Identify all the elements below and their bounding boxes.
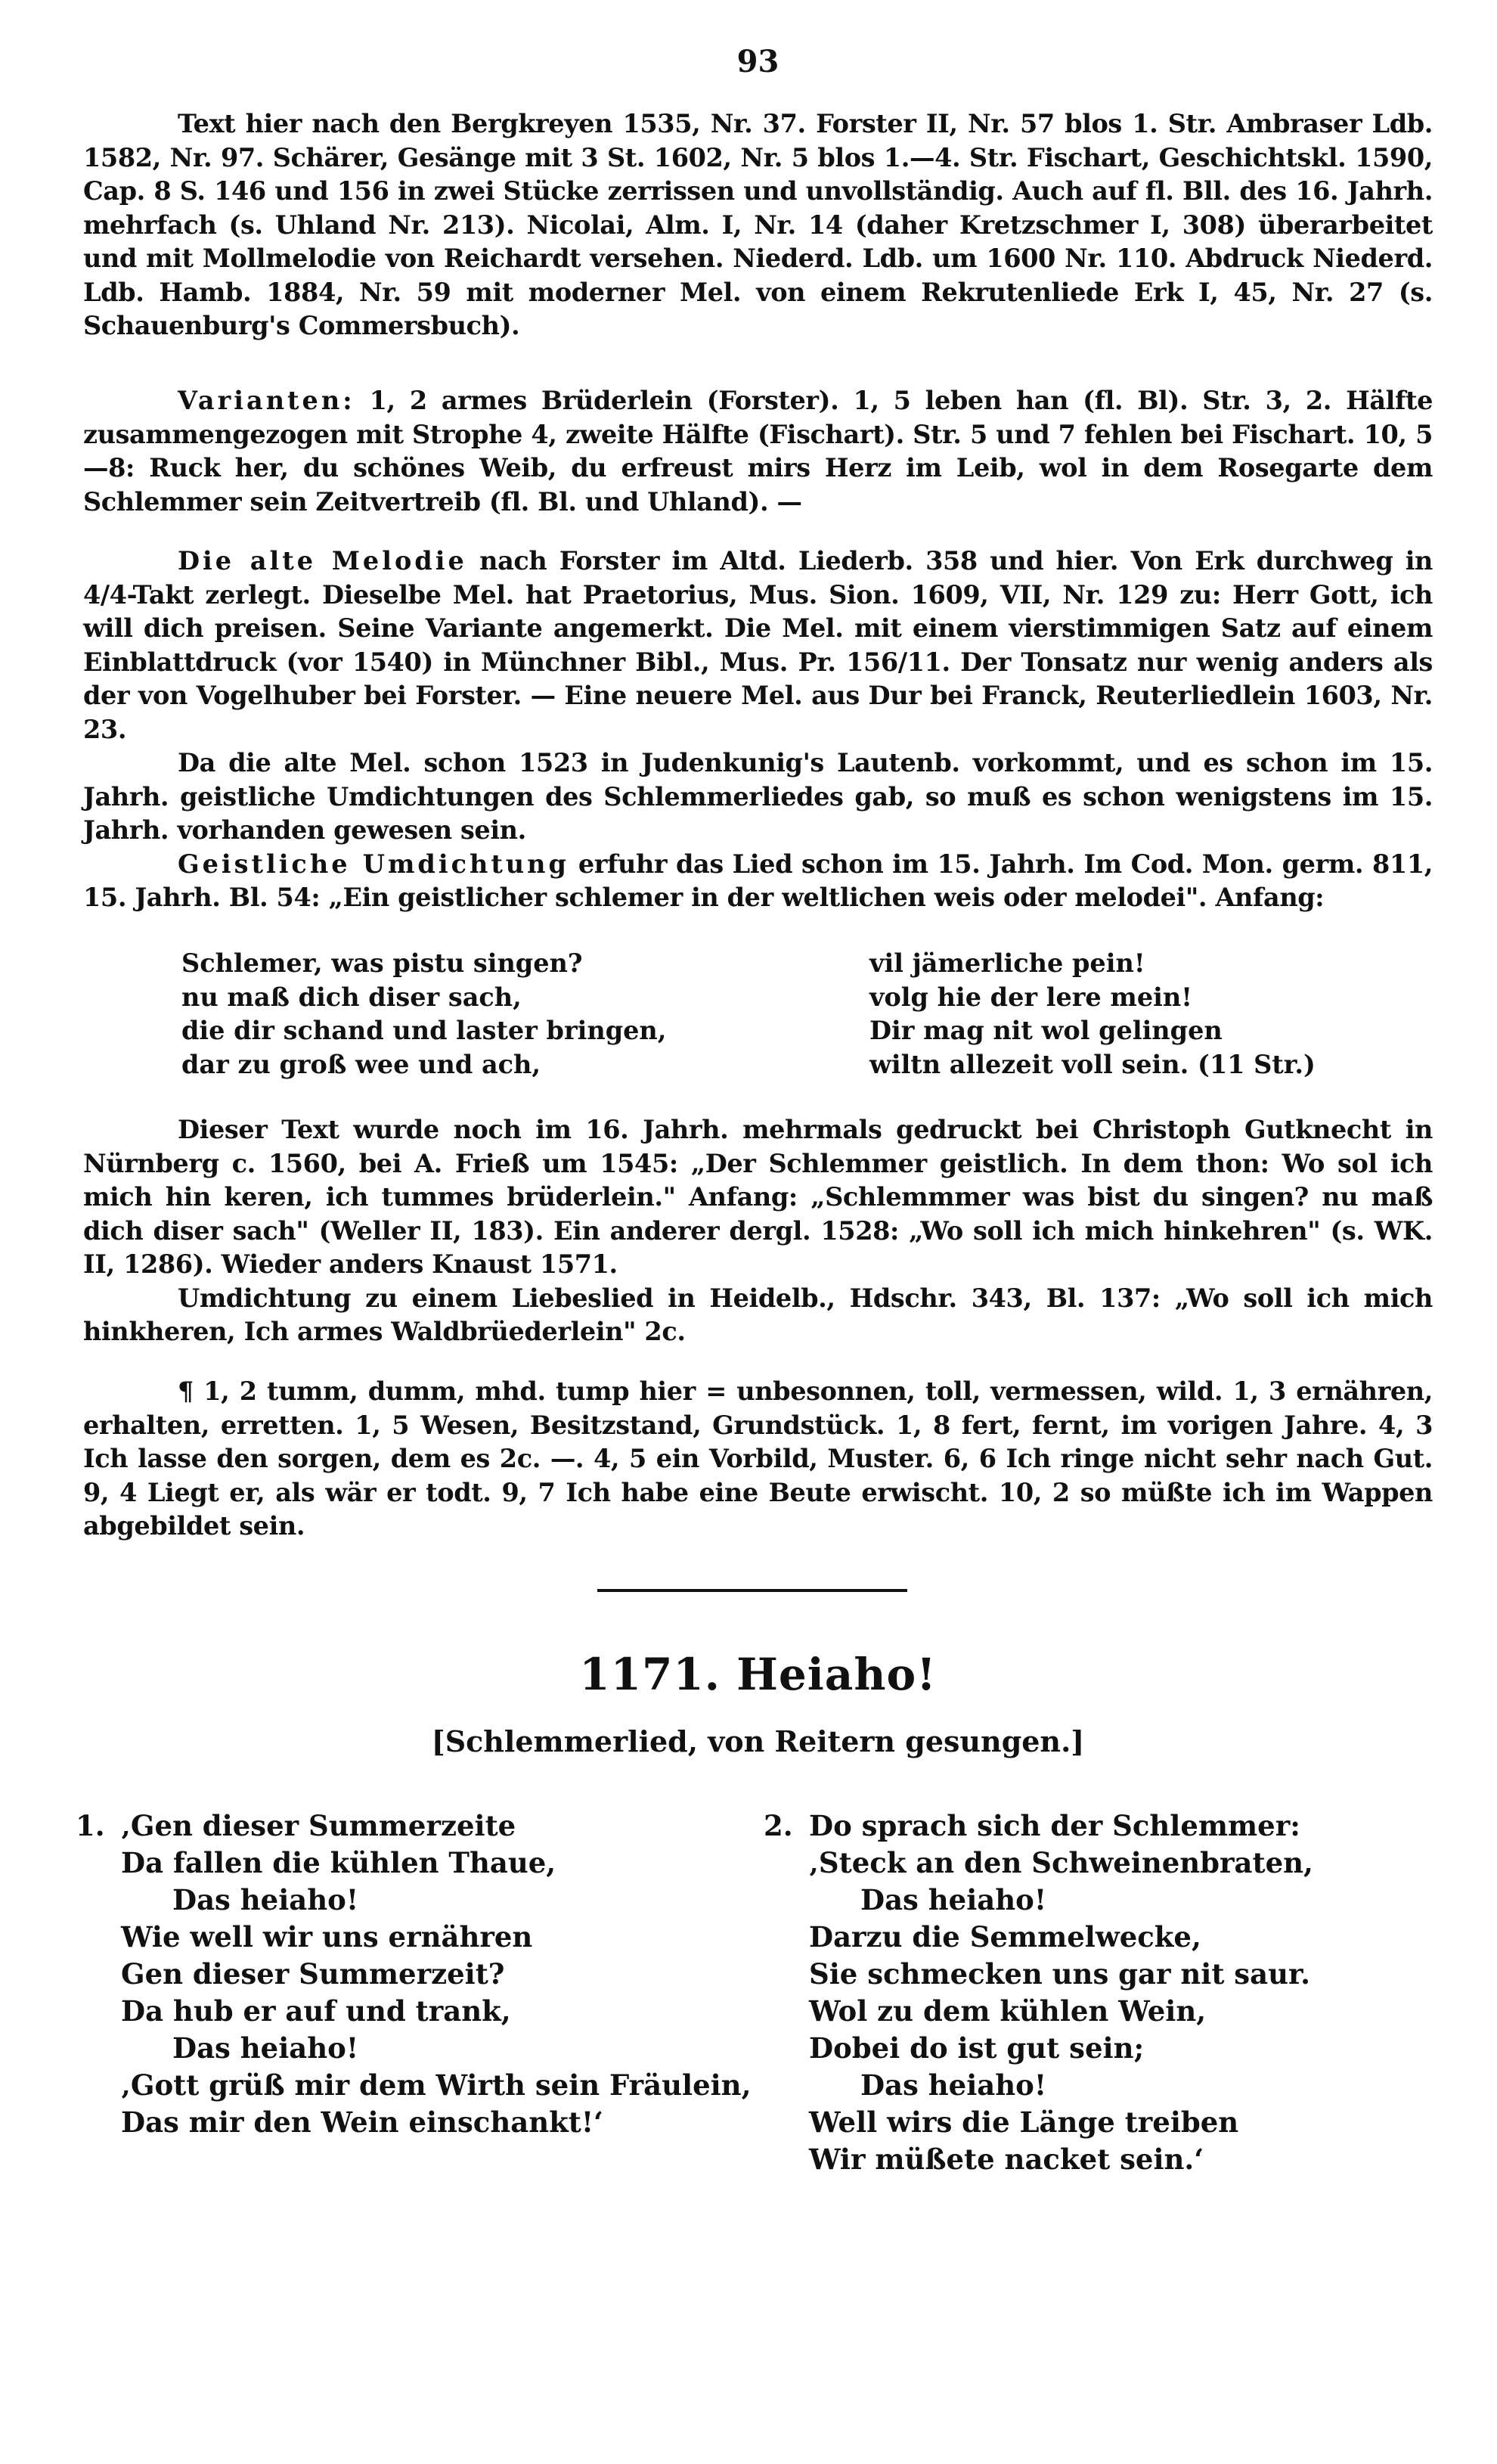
dieser-text-paragraph: Dieser Text wurde noch im 16. Jahrh. meh…	[83, 1113, 1433, 1282]
melody-section: Die alte Melodie nach Forster im Altd. L…	[83, 545, 1433, 915]
song-line: Da hub er auf und trank,	[76, 1993, 751, 2030]
verse-line: volg hie der lere mein!	[869, 981, 1316, 1015]
stanza-number: 2.	[764, 1808, 793, 1845]
song-line: ‚Steck an den Schweinenbraten,	[764, 1845, 1313, 1882]
quoted-verse-right: vil jämerliche pein! volg hie der lere m…	[869, 947, 1316, 1081]
song-line: Das heiaho!	[76, 2030, 751, 2067]
song-line: Well wirs die Länge treiben	[764, 2104, 1313, 2141]
verse-line: Schlemer, was pistu singen?	[181, 947, 666, 981]
umdichtung-paragraph: Umdichtung zu einem Liebeslied in Heidel…	[83, 1282, 1433, 1349]
quoted-verse-left: Schlemer, was pistu singen? nu maß dich …	[181, 947, 666, 1081]
song-line: Dobei do ist gut sein;	[764, 2030, 1313, 2067]
later-prints-section: Dieser Text wurde noch im 16. Jahrh. meh…	[83, 1113, 1433, 1349]
page-number: 93	[83, 44, 1433, 79]
song-title: 1171. Heiaho!	[83, 1649, 1433, 1700]
melody-label: Die alte Melodie	[178, 546, 467, 576]
verse-line: dar zu groß wee und ach,	[181, 1048, 666, 1082]
song-line: Wie well wir uns ernähren	[76, 1919, 751, 1956]
song-line: Das heiaho!	[764, 1882, 1313, 1919]
stanza-lines: Do sprach sich der Schlemmer:‚Steck an d…	[764, 1808, 1313, 2178]
variants-paragraph: Varianten: 1, 2 armes Brüderlein (Forste…	[83, 384, 1433, 519]
section-divider	[597, 1589, 907, 1592]
verse-line: Dir mag nit wol gelingen	[869, 1014, 1316, 1048]
verse-line: die dir schand und laster bringen,	[181, 1014, 666, 1048]
song-line: ‚Gen dieser Summerzeite	[76, 1808, 751, 1845]
sources-paragraph: Text hier nach den Bergkreyen 1535, Nr. …	[83, 107, 1433, 343]
stanza-1: 1. ‚Gen dieser SummerzeiteDa fallen die …	[76, 1808, 751, 2141]
sources-text: Text hier nach den Bergkreyen 1535, Nr. …	[83, 107, 1433, 343]
song-line: Darzu die Semmelwecke,	[764, 1919, 1313, 1956]
song-line: Das mir den Wein einschankt!‘	[76, 2104, 751, 2141]
song-line: ‚Gott grüß mir dem Wirth sein Fräulein,	[76, 2067, 751, 2104]
judenkunig-paragraph: Da die alte Mel. schon 1523 in Judenkuni…	[83, 746, 1433, 848]
variants-label: Varianten:	[178, 386, 355, 415]
pilcrow-icon: ¶	[178, 1376, 194, 1406]
song-line: Da fallen die kühlen Thaue,	[76, 1845, 751, 1882]
song-subtitle: [Schlemmerlied, von Reitern gesungen.]	[83, 1724, 1433, 1758]
melody-text: nach Forster im Altd. Liederb. 358 und h…	[83, 546, 1433, 744]
song-line: Wir müßete nacket sein.‘	[764, 2141, 1313, 2178]
stanza-2: 2. Do sprach sich der Schlemmer:‚Steck a…	[764, 1808, 1313, 2178]
stanza-number: 1.	[76, 1808, 105, 1845]
verse-line: vil jämerliche pein!	[869, 947, 1316, 981]
notes-text: 1, 2 tumm, dumm, mhd. tump hier = unbeso…	[83, 1376, 1433, 1541]
verse-line: wiltn allezeit voll sein. (11 Str.)	[869, 1048, 1316, 1082]
song-line: Das heiaho!	[764, 2067, 1313, 2104]
song-line: Das heiaho!	[76, 1882, 751, 1919]
notes-paragraph: ¶ 1, 2 tumm, dumm, mhd. tump hier = unbe…	[83, 1375, 1433, 1544]
song-line: Wol zu dem kühlen Wein,	[764, 1993, 1313, 2030]
song-line: Gen dieser Summerzeit?	[76, 1956, 751, 1993]
song-line: Sie schmecken uns gar nit saur.	[764, 1956, 1313, 1993]
stanza-lines: ‚Gen dieser SummerzeiteDa fallen die küh…	[76, 1808, 751, 2141]
song-line: Do sprach sich der Schlemmer:	[764, 1808, 1313, 1845]
geistliche-label: Geistliche Umdichtung	[178, 849, 569, 879]
verse-line: nu maß dich diser sach,	[181, 981, 666, 1015]
